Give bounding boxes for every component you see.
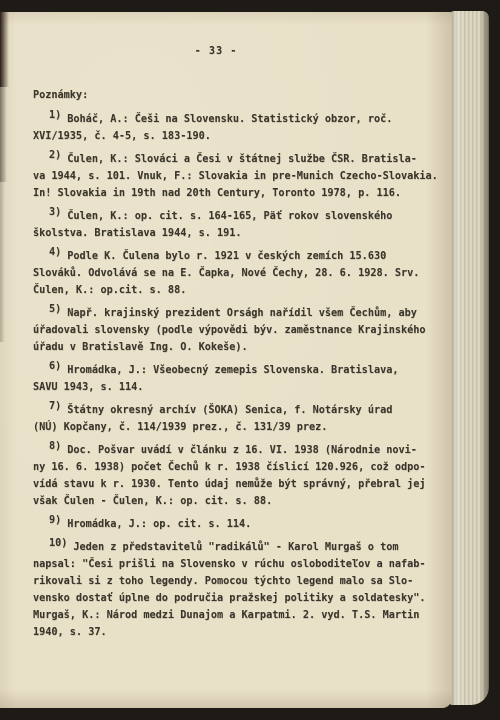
footnote-number: 8) bbox=[49, 441, 61, 452]
footnote-text: Boháč, A.: Češi na Slovensku. Statistick… bbox=[33, 114, 392, 142]
footnote-text: Doc. Pošvar uvádí v článku z 16. VI. 193… bbox=[33, 445, 426, 507]
footnote-number: 3) bbox=[49, 207, 61, 218]
footnote-number: 4) bbox=[49, 247, 61, 258]
footnote-number: 9) bbox=[49, 515, 61, 526]
footnote-text: Jeden z představitelů "radikálů" - Karol… bbox=[33, 542, 426, 638]
footnote-number: 6) bbox=[49, 361, 61, 372]
page-paper: - 33 - Poznámky: 1)Boháč, A.: Češi na Sl… bbox=[0, 12, 452, 708]
footnote-number: 7) bbox=[49, 401, 61, 412]
footnote-number: 5) bbox=[49, 304, 61, 315]
footnote-text: Hromádka, J.: op. cit. s. 114. bbox=[67, 519, 251, 530]
footnote-text: Štátny okresný archív (ŠOKA) Senica, f. … bbox=[33, 405, 392, 433]
footnote: 8)Doc. Pošvar uvádí v článku z 16. VI. 1… bbox=[33, 442, 445, 510]
footnote-text: Čulen, K.: op. cit. s. 164-165, Päť roko… bbox=[33, 211, 392, 239]
footnote-number: 10) bbox=[49, 538, 67, 549]
book-fore-edge bbox=[450, 11, 489, 705]
footnote: 7)Štátny okresný archív (ŠOKA) Senica, f… bbox=[33, 402, 445, 436]
scanned-book-page: - 33 - Poznámky: 1)Boháč, A.: Češi na Sl… bbox=[0, 0, 500, 720]
footnote: 9)Hromádka, J.: op. cit. s. 114. bbox=[33, 516, 445, 533]
footnote: 3)Čulen, K.: op. cit. s. 164-165, Päť ro… bbox=[33, 208, 445, 242]
notes-heading: Poznámky: bbox=[33, 87, 452, 104]
footnote: 2)Čulen, K.: Slováci a Česi v štátnej sl… bbox=[33, 151, 445, 202]
footnote-text: Podle K. Čulena bylo r. 1921 v českých z… bbox=[33, 251, 419, 296]
footnote-text: Např. krajinský prezident Orságh nařídil… bbox=[33, 308, 426, 353]
footnote: 4)Podle K. Čulena bylo r. 1921 v českých… bbox=[33, 248, 445, 299]
book: - 33 - Poznámky: 1)Boháč, A.: Češi na Sl… bbox=[0, 11, 489, 708]
page-number: - 33 - bbox=[0, 43, 432, 60]
footnotes-list: 1)Boháč, A.: Češi na Slovensku. Statisti… bbox=[33, 111, 445, 641]
footnote: 1)Boháč, A.: Češi na Slovensku. Statisti… bbox=[33, 111, 445, 145]
footnote-text: Čulen, K.: Slováci a Česi v štátnej služ… bbox=[33, 154, 438, 199]
footnote-number: 1) bbox=[49, 110, 61, 121]
footnote: 10)Jeden z představitelů "radikálů" - Ka… bbox=[33, 539, 445, 641]
footnote-text: Hromádka, J.: Všeobecný zemepis Slovensk… bbox=[33, 365, 399, 393]
footnote: 6)Hromádka, J.: Všeobecný zemepis Sloven… bbox=[33, 362, 445, 396]
footnote-number: 2) bbox=[49, 150, 61, 161]
footnote: 5)Např. krajinský prezident Orságh naříd… bbox=[33, 305, 445, 356]
page-content: - 33 - Poznámky: 1)Boháč, A.: Češi na Sl… bbox=[0, 12, 452, 708]
